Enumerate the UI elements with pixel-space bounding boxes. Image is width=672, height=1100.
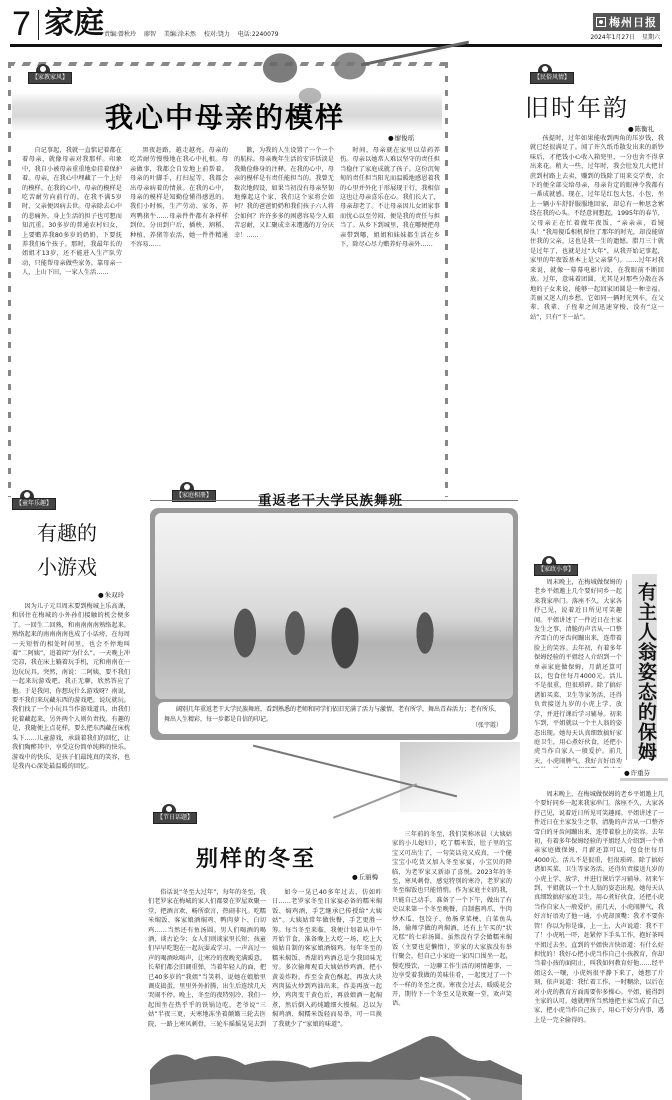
byline-underline <box>620 778 668 781</box>
headline-nanny: 有主人翁姿态的保姆 <box>634 582 656 762</box>
page-divider <box>38 10 39 40</box>
newspaper-name: 梅州日报 <box>609 14 657 30</box>
column-tag: 【节日话题】 <box>153 812 197 824</box>
gear-icon <box>20 490 34 498</box>
article-column: 时间，母亲就在家里以草药养伤。母亲以她常人难以坚守的责任担当稳住了家庭成就了孩子… <box>340 146 440 486</box>
gear-icon <box>538 64 552 72</box>
article-column: 俗话说“冬至大过年”，每年的冬至，我们老罗家在梅城的家人们都要在罗屋欢聚一堂，把… <box>148 888 266 1028</box>
column-tag: 【民俗风情】 <box>530 72 574 84</box>
gear-icon <box>162 804 176 812</box>
headline-old-new-year: 旧时年韵 <box>525 88 629 123</box>
byline-mother: 廖俊瑶 <box>388 133 414 142</box>
article-column: 自记事起，我就一直惦记着都在着母亲，就像母亲对我那样。印象中，我自小被母亲重重地… <box>22 146 122 486</box>
gear-icon <box>36 64 50 72</box>
article-column: 如今一晃已40多年过去，仿如昨日……老罗家冬至日家宴必备的糯米焖饭、焖鸡酒，手艺… <box>272 888 382 1028</box>
article-column: 三年前的冬至，我们笑称冰晨（大姨姑家的小儿媳妇），吃了糯米饭，肚子里的宝宝又可出… <box>392 830 512 1030</box>
credit-phone: 电话:2240079 <box>238 31 279 38</box>
byline-games: 朱双玲 <box>98 590 124 599</box>
masthead-rule <box>10 44 662 47</box>
article-column: 周末晚上，在梅城做保姆的老乡平姐邀上几个要好同乡一起来我家串门。落座不久，大家各… <box>534 578 622 768</box>
mountains-graphic <box>150 1030 522 1100</box>
credit-editor: 责编:曾秋玲 <box>104 31 136 38</box>
headline-games: 有趣的 小游戏 <box>22 516 112 584</box>
gear-icon <box>180 482 194 490</box>
photo-caption: 阔别几年重返老干大学民族舞班，看到熟悉的老师和同学们依旧充满了活力与激情，老有所… <box>158 702 510 734</box>
date-line: 2024年1月27日 星期六 <box>585 32 660 41</box>
column-tag: 【家教家风】 <box>28 72 72 84</box>
byline-old-new-year: 陈衡礼 <box>628 124 654 133</box>
branch-shade-decoration <box>400 742 520 812</box>
article-column: 因为儿子元旦周末要到梅城上乐高课，和居住在梅城的小外孙们接触的机会便多了。一回生… <box>12 602 130 1092</box>
article-column: 孩提时，过年如果能收到两角的压岁钱，我就已经很满足了。闻了许久纸币散发出来的新钞… <box>530 134 664 496</box>
dashed-border-left <box>8 62 11 497</box>
byline-nanny: 许重芬 <box>624 768 650 777</box>
column-tag: 【家政小事】 <box>534 564 578 576</box>
page-number: 7 <box>12 6 31 42</box>
photo-credit: （张宇霞） <box>472 721 502 731</box>
issue-date: 2024年1月27日 <box>590 34 635 41</box>
mountains-illustration <box>150 1030 522 1100</box>
editorial-credits: 责编:曾秋玲 廖智 美编:涂未然 校对:饶力 电话:2240079 <box>104 29 285 38</box>
dance-class-photo <box>155 513 513 699</box>
section-title: 家庭 <box>44 6 104 42</box>
newspaper-emblem-icon <box>596 17 606 27</box>
column-divider <box>626 580 627 760</box>
article-column: 歉，为我的人生设置了一个一个的航标。母亲晚年生活的安详恬淡是我勤俭修身的注释。在… <box>234 146 334 486</box>
credit-art-editor: 美编:涂未然 <box>164 31 196 38</box>
article-column-continued: 周末晚上，在梅城做保姆的老乡平姐邀上几个要好同乡一起来我家串门。落座不久，大家各… <box>534 790 664 1092</box>
credit-editor-2: 廖智 <box>144 31 156 38</box>
byline-winter-solstice: 丘丽梅 <box>352 872 378 881</box>
photo-title: 重返老干大学民族舞班 <box>258 489 403 509</box>
credit-proofreader: 校对:饶力 <box>204 31 230 38</box>
headline-winter-solstice: 别样的冬至 <box>196 842 316 873</box>
issue-weekday: 星期六 <box>642 34 660 41</box>
gear-icon <box>542 556 556 564</box>
headline-mother: 我心中母亲的模样 <box>105 96 345 136</box>
newspaper-logo: 梅州日报 <box>593 13 660 31</box>
masthead: 7 家庭 责编:曾秋玲 廖智 美编:涂未然 校对:饶力 电话:2240079 梅… <box>0 0 672 46</box>
column-tag: 【童年乐趣】 <box>12 498 56 510</box>
article-column: 黑夜赶路，越走越亮。母亲的吃苦耐劳慢慢地在我心中扎根。母亲做事，我都会自发地上前… <box>130 146 228 486</box>
